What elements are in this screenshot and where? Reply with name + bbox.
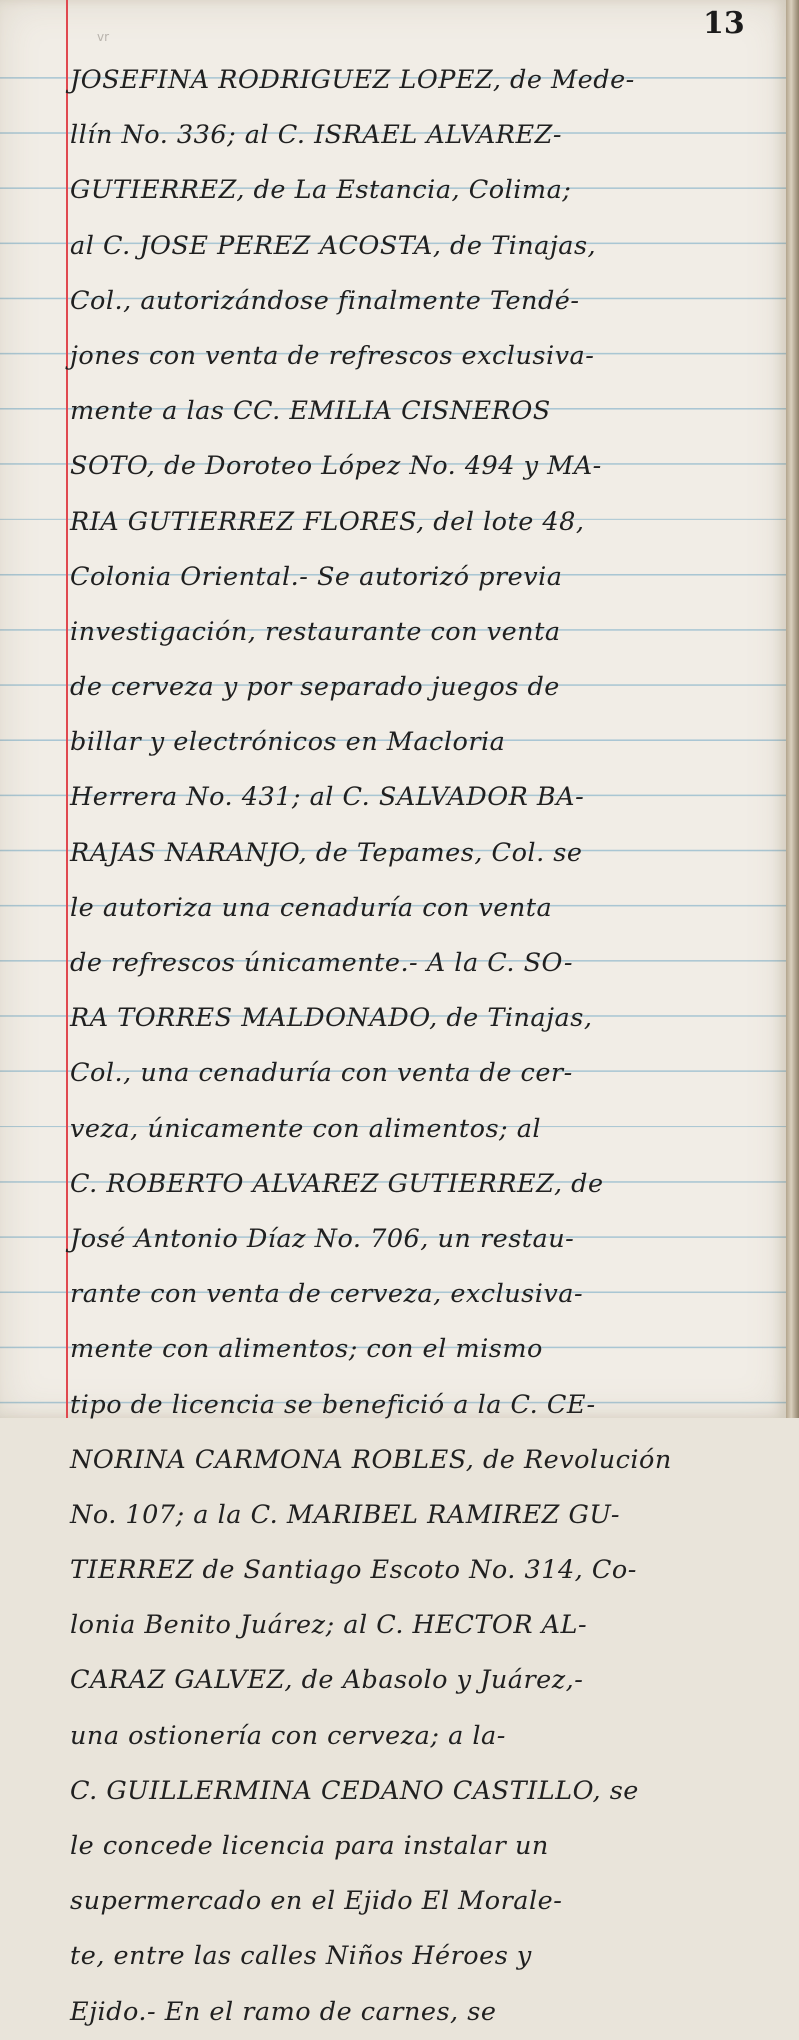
page-number: 13	[703, 6, 745, 41]
text-line: le autoriza una cenaduría con venta	[70, 881, 786, 936]
handwritten-text: JOSEFINA RODRIGUEZ LOPEZ, de Mede- llín …	[70, 53, 786, 1418]
text-line: Col., autorizándose finalmente Tendé-	[70, 274, 786, 329]
text-line: mente a las CC. EMILIA CISNEROS	[70, 384, 786, 439]
text-line: Col., una cenaduría con venta de cer-	[70, 1046, 786, 1101]
text-line: billar y electrónicos en Macloria	[70, 715, 786, 770]
text-line: jones con venta de refrescos exclusiva-	[70, 329, 786, 384]
text-line: José Antonio Díaz No. 706, un restau-	[70, 1212, 786, 1267]
text-line: tipo de licencia se benefició a la C. CE…	[70, 1378, 786, 1419]
text-line: veza, únicamente con alimentos; al	[70, 1102, 786, 1157]
text-line: RIA GUTIERREZ FLORES, del lote 48,	[70, 495, 786, 550]
text-line: RAJAS NARANJO, de Tepames, Col. se	[70, 826, 786, 881]
notebook-page: vr 13 JOSEFINA RODRIGUEZ LOPEZ, de Mede-…	[0, 0, 786, 1418]
text-line: C. ROBERTO ALVAREZ GUTIERREZ, de	[70, 1157, 786, 1212]
text-line: de refrescos únicamente.- A la C. SO-	[70, 936, 786, 991]
faint-pencil-mark: vr	[97, 30, 109, 44]
text-line: mente con alimentos; con el mismo	[70, 1322, 786, 1377]
page-edge	[786, 0, 799, 1418]
text-line: JOSEFINA RODRIGUEZ LOPEZ, de Mede-	[70, 53, 786, 108]
text-line: llín No. 336; al C. ISRAEL ALVAREZ-	[70, 108, 786, 163]
text-line: rante con venta de cerveza, exclusiva-	[70, 1267, 786, 1322]
text-line: Herrera No. 431; al C. SALVADOR BA-	[70, 770, 786, 825]
text-line: de cerveza y por separado juegos de	[70, 660, 786, 715]
text-line: al C. JOSE PEREZ ACOSTA, de Tinajas,	[70, 219, 786, 274]
text-line: RA TORRES MALDONADO, de Tinajas,	[70, 991, 786, 1046]
text-line: Colonia Oriental.- Se autorizó previa	[70, 550, 786, 605]
text-line: SOTO, de Doroteo López No. 494 y MA-	[70, 439, 786, 494]
red-margin-line	[66, 0, 68, 1418]
text-line: investigación, restaurante con venta	[70, 605, 786, 660]
text-line: GUTIERREZ, de La Estancia, Colima;	[70, 163, 786, 218]
